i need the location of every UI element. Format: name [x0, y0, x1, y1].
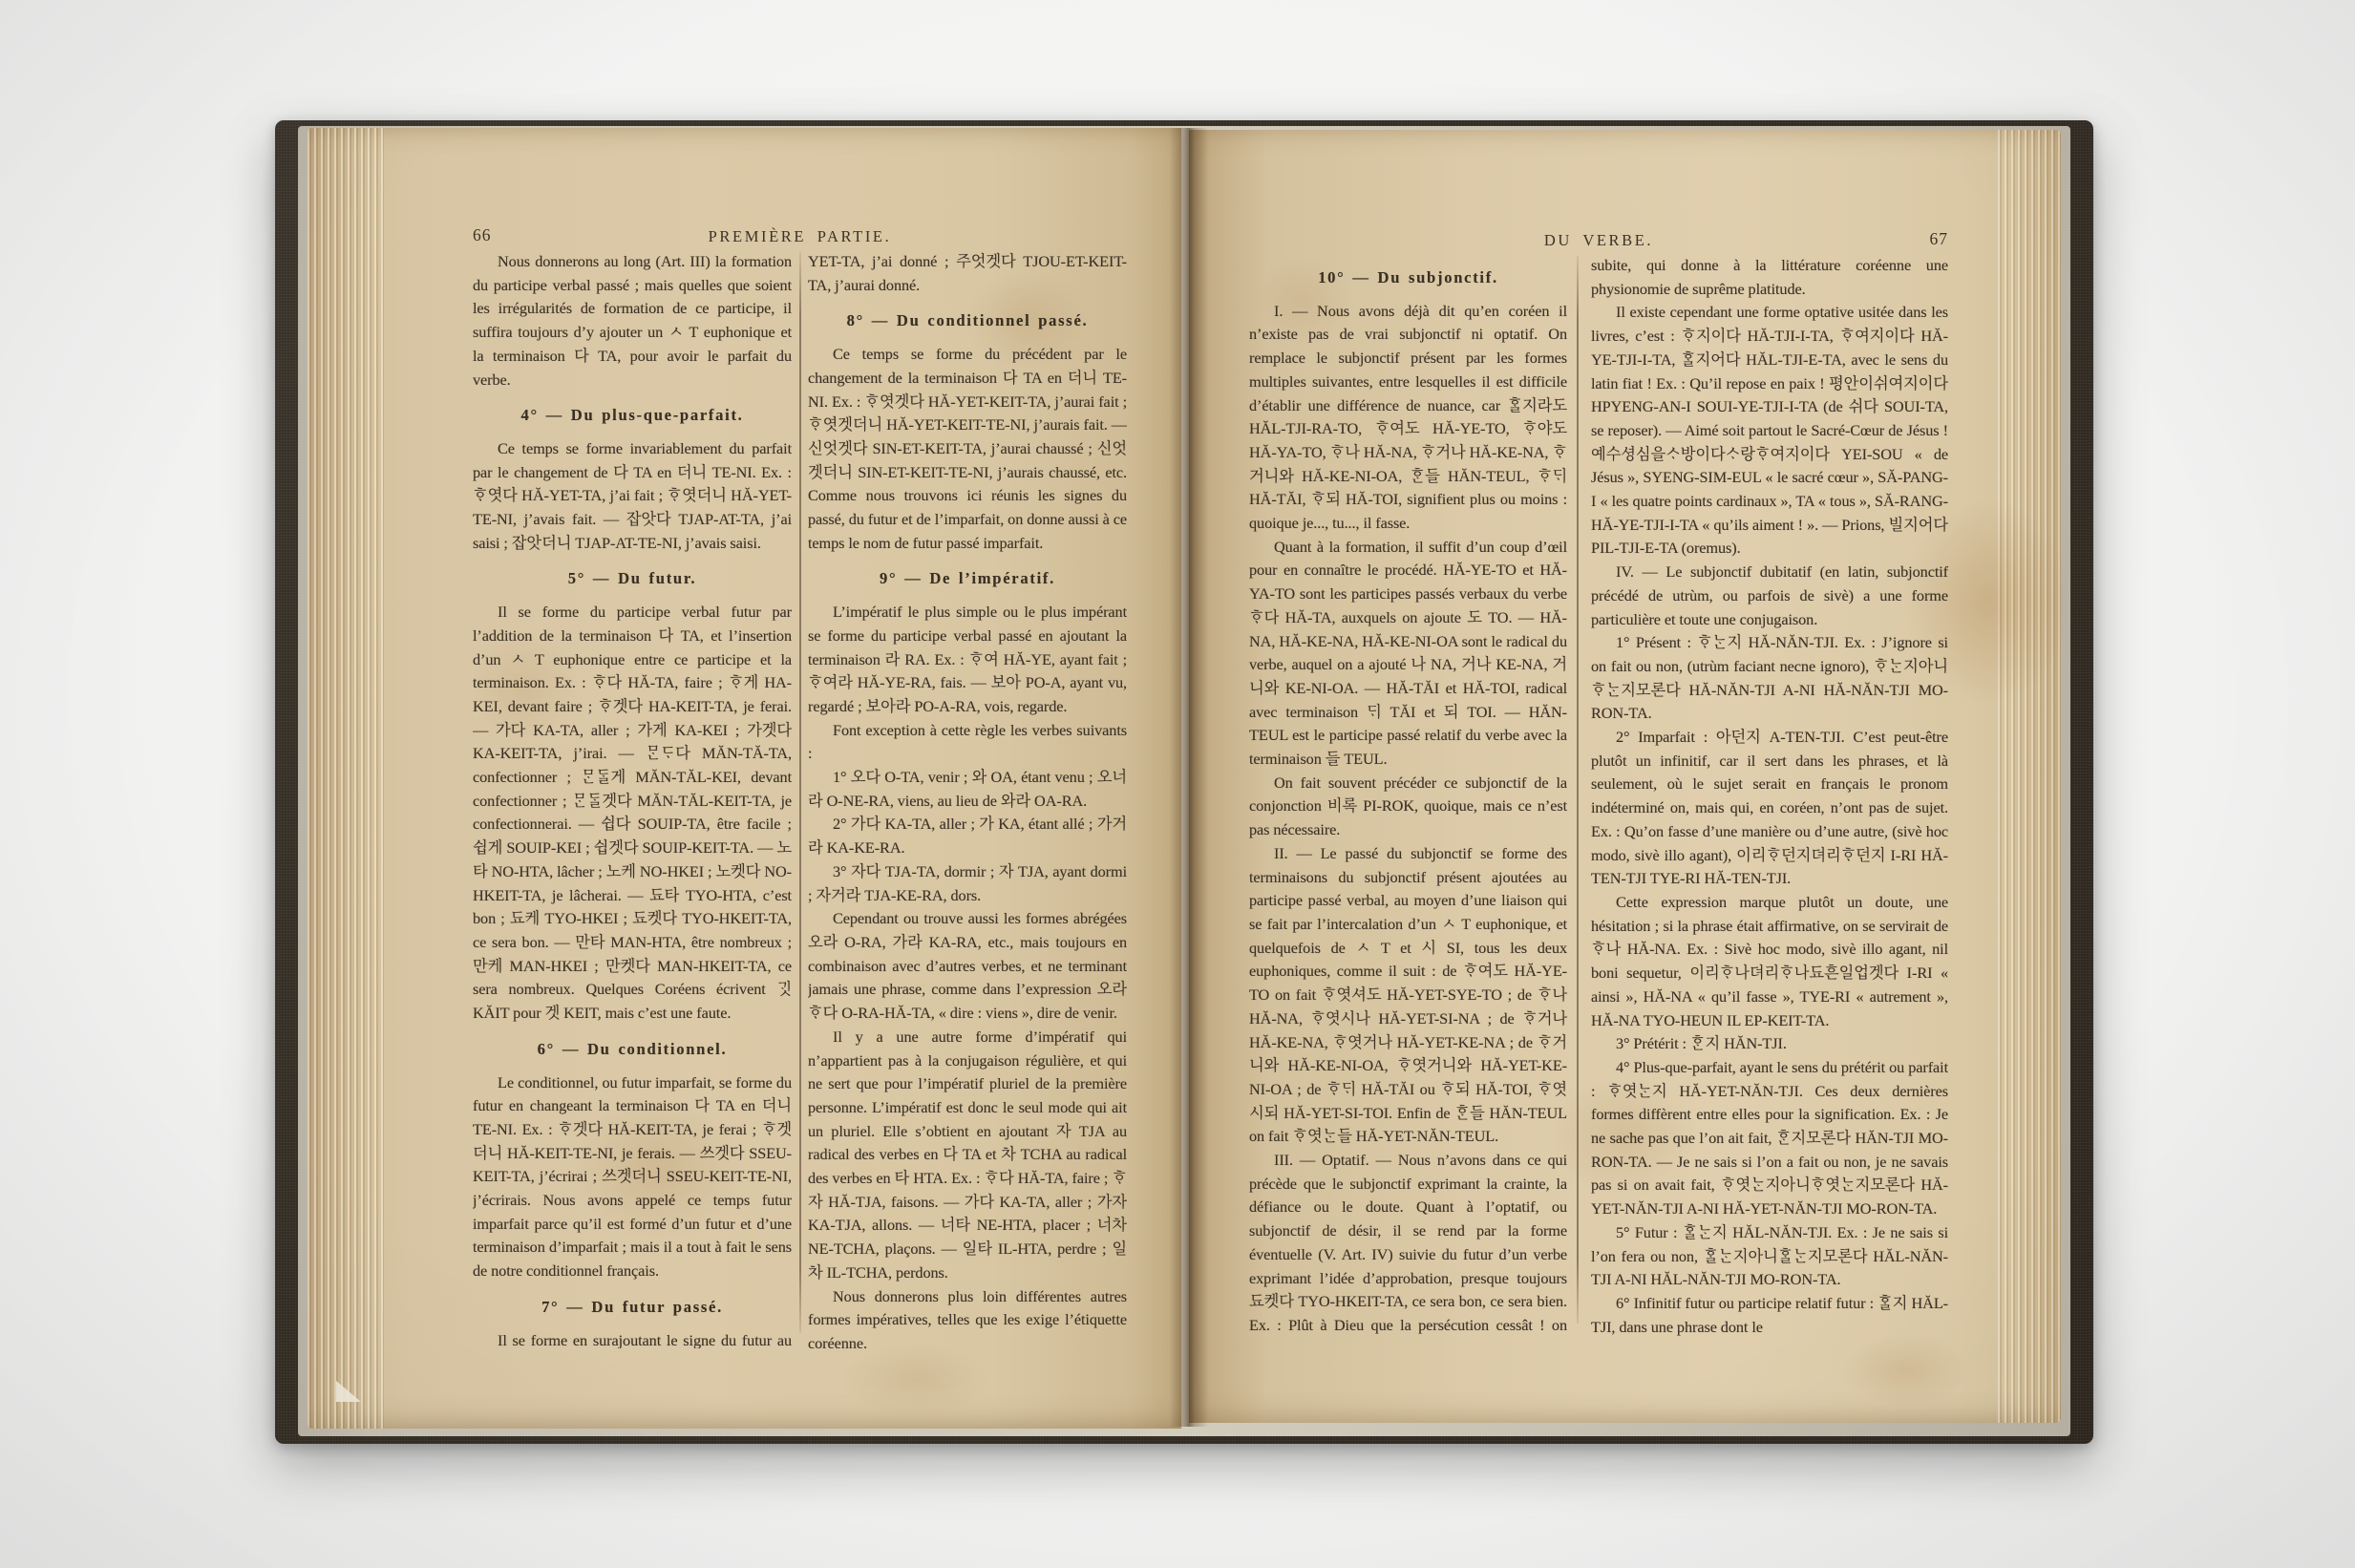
paragraph: Il y a une autre forme d’impératif qui n…: [808, 1026, 1127, 1285]
paragraph: I. — Nous avons déjà dit qu’en coréen il…: [1249, 300, 1567, 536]
paragraph: Il existe cependant une forme optative u…: [1591, 301, 1948, 561]
paragraph: Ce temps se forme invariablement du parf…: [473, 437, 792, 556]
running-head-left: 66 PREMIÈRE PARTIE.: [473, 227, 1127, 252]
paragraph: 5° Futur : ᄒᆞᆯᄂᆞᆫ지 HĂL-NĂN-TJI. Ex. : Je…: [1591, 1221, 1948, 1292]
section-heading: 6° — Du conditionnel.: [473, 1038, 792, 1062]
paragraph: II. — Le passé du subjonctif se forme de…: [1249, 842, 1567, 1149]
text-column-3: 10° — Du subjonctif.I. — Nous avons déjà…: [1249, 254, 1567, 1338]
text-column-4: subite, qui donne à la littérature corée…: [1591, 254, 1948, 1338]
paragraph: L’impératif le plus simple ou le plus im…: [808, 601, 1127, 719]
paragraph: 3° 자다 TJA-TA, dormir ; 자 TJA, ayant dorm…: [808, 860, 1127, 907]
running-title-right: DU VERBE.: [1249, 231, 1948, 250]
paragraph: 1° 오다 O-TA, venir ; 와 OA, étant venu ; 오…: [808, 766, 1127, 813]
paragraph: On fait souvent précéder ce subjonctif d…: [1249, 772, 1567, 842]
paragraph: 3° Prétérit : ᄒᆞᆫ지 HĂN-TJI.: [1591, 1032, 1948, 1056]
page-number-left: 66: [473, 225, 492, 245]
torn-corner: [336, 1381, 361, 1402]
paragraph: 4° Plus-que-parfait, ayant le sens du pr…: [1591, 1056, 1948, 1221]
running-title-left: PREMIÈRE PARTIE.: [473, 227, 1127, 246]
paragraph: Cette expression marque plutôt un doute,…: [1591, 891, 1948, 1032]
paragraph: Font exception à cette règle les verbes …: [808, 719, 1127, 766]
paragraph: 6° Infinitif futur ou participe relatif …: [1591, 1292, 1948, 1338]
column-divider-right: [1577, 256, 1579, 1324]
column-divider-left: [799, 252, 801, 1333]
section-heading: 7° — Du futur passé.: [473, 1296, 792, 1320]
paragraph: Nous donnerons au long (Art. III) la for…: [473, 250, 792, 392]
text-column-1: Nous donnerons au long (Art. III) la for…: [473, 250, 792, 1348]
section-heading: 8° — Du conditionnel passé.: [808, 309, 1127, 333]
section-heading: 10° — Du subjonctif.: [1249, 266, 1567, 290]
paragraph: subite, qui donne à la littérature corée…: [1591, 254, 1948, 301]
running-head-right: DU VERBE. 67: [1249, 231, 1948, 256]
paragraph: Il se forme en surajoutant le signe du f…: [473, 1329, 792, 1348]
paragraph: 1° Présent : ᄒᆞᄂᆞᆫ지 HĂ-NĂN-TJI. Ex. : J’…: [1591, 631, 1948, 726]
page-edges-stack-right: [1998, 130, 2061, 1423]
paragraph: Il se forme du participe verbal futur pa…: [473, 601, 792, 1026]
page-number-right: 67: [1930, 229, 1949, 249]
section-heading: 4° — Du plus-que-parfait.: [473, 404, 792, 428]
section-heading: 5° — Du futur.: [473, 567, 792, 591]
book-cover: 66 PREMIÈRE PARTIE. DU VERBE. 67 Nous do…: [275, 120, 2093, 1444]
paragraph: Ce temps se forme du précédent par le ch…: [808, 343, 1127, 555]
paragraph: 2° 가다 KA-TA, aller ; 가 KA, étant allé ; …: [808, 813, 1127, 859]
paragraph: IV. — Le subjonctif dubitatif (en latin,…: [1591, 561, 1948, 631]
photo-backdrop: 66 PREMIÈRE PARTIE. DU VERBE. 67 Nous do…: [0, 0, 2355, 1568]
paragraph: III. — Optatif. — Nous n’avons dans ce q…: [1249, 1149, 1567, 1338]
section-heading: 9° — De l’impératif.: [808, 567, 1127, 591]
paragraph: YET-TA, j’ai donné ; 주엇겟다 TJOU-ET-KEIT-T…: [808, 250, 1127, 297]
paragraph: Le conditionnel, ou futur imparfait, se …: [473, 1071, 792, 1283]
text-column-2: YET-TA, j’ai donné ; 주엇겟다 TJOU-ET-KEIT-T…: [808, 250, 1127, 1348]
page-edges-stack-left: [308, 128, 384, 1429]
paragraph: Nous donnerons plus loin différentes aut…: [808, 1285, 1127, 1348]
paragraph: Quant à la formation, il suffit d’un cou…: [1249, 536, 1567, 772]
paragraph: Cependant ou trouve aussi les formes abr…: [808, 907, 1127, 1026]
paragraph: 2° Imparfait : 아던지 A-TEN-TJI. C’est peut…: [1591, 726, 1948, 891]
